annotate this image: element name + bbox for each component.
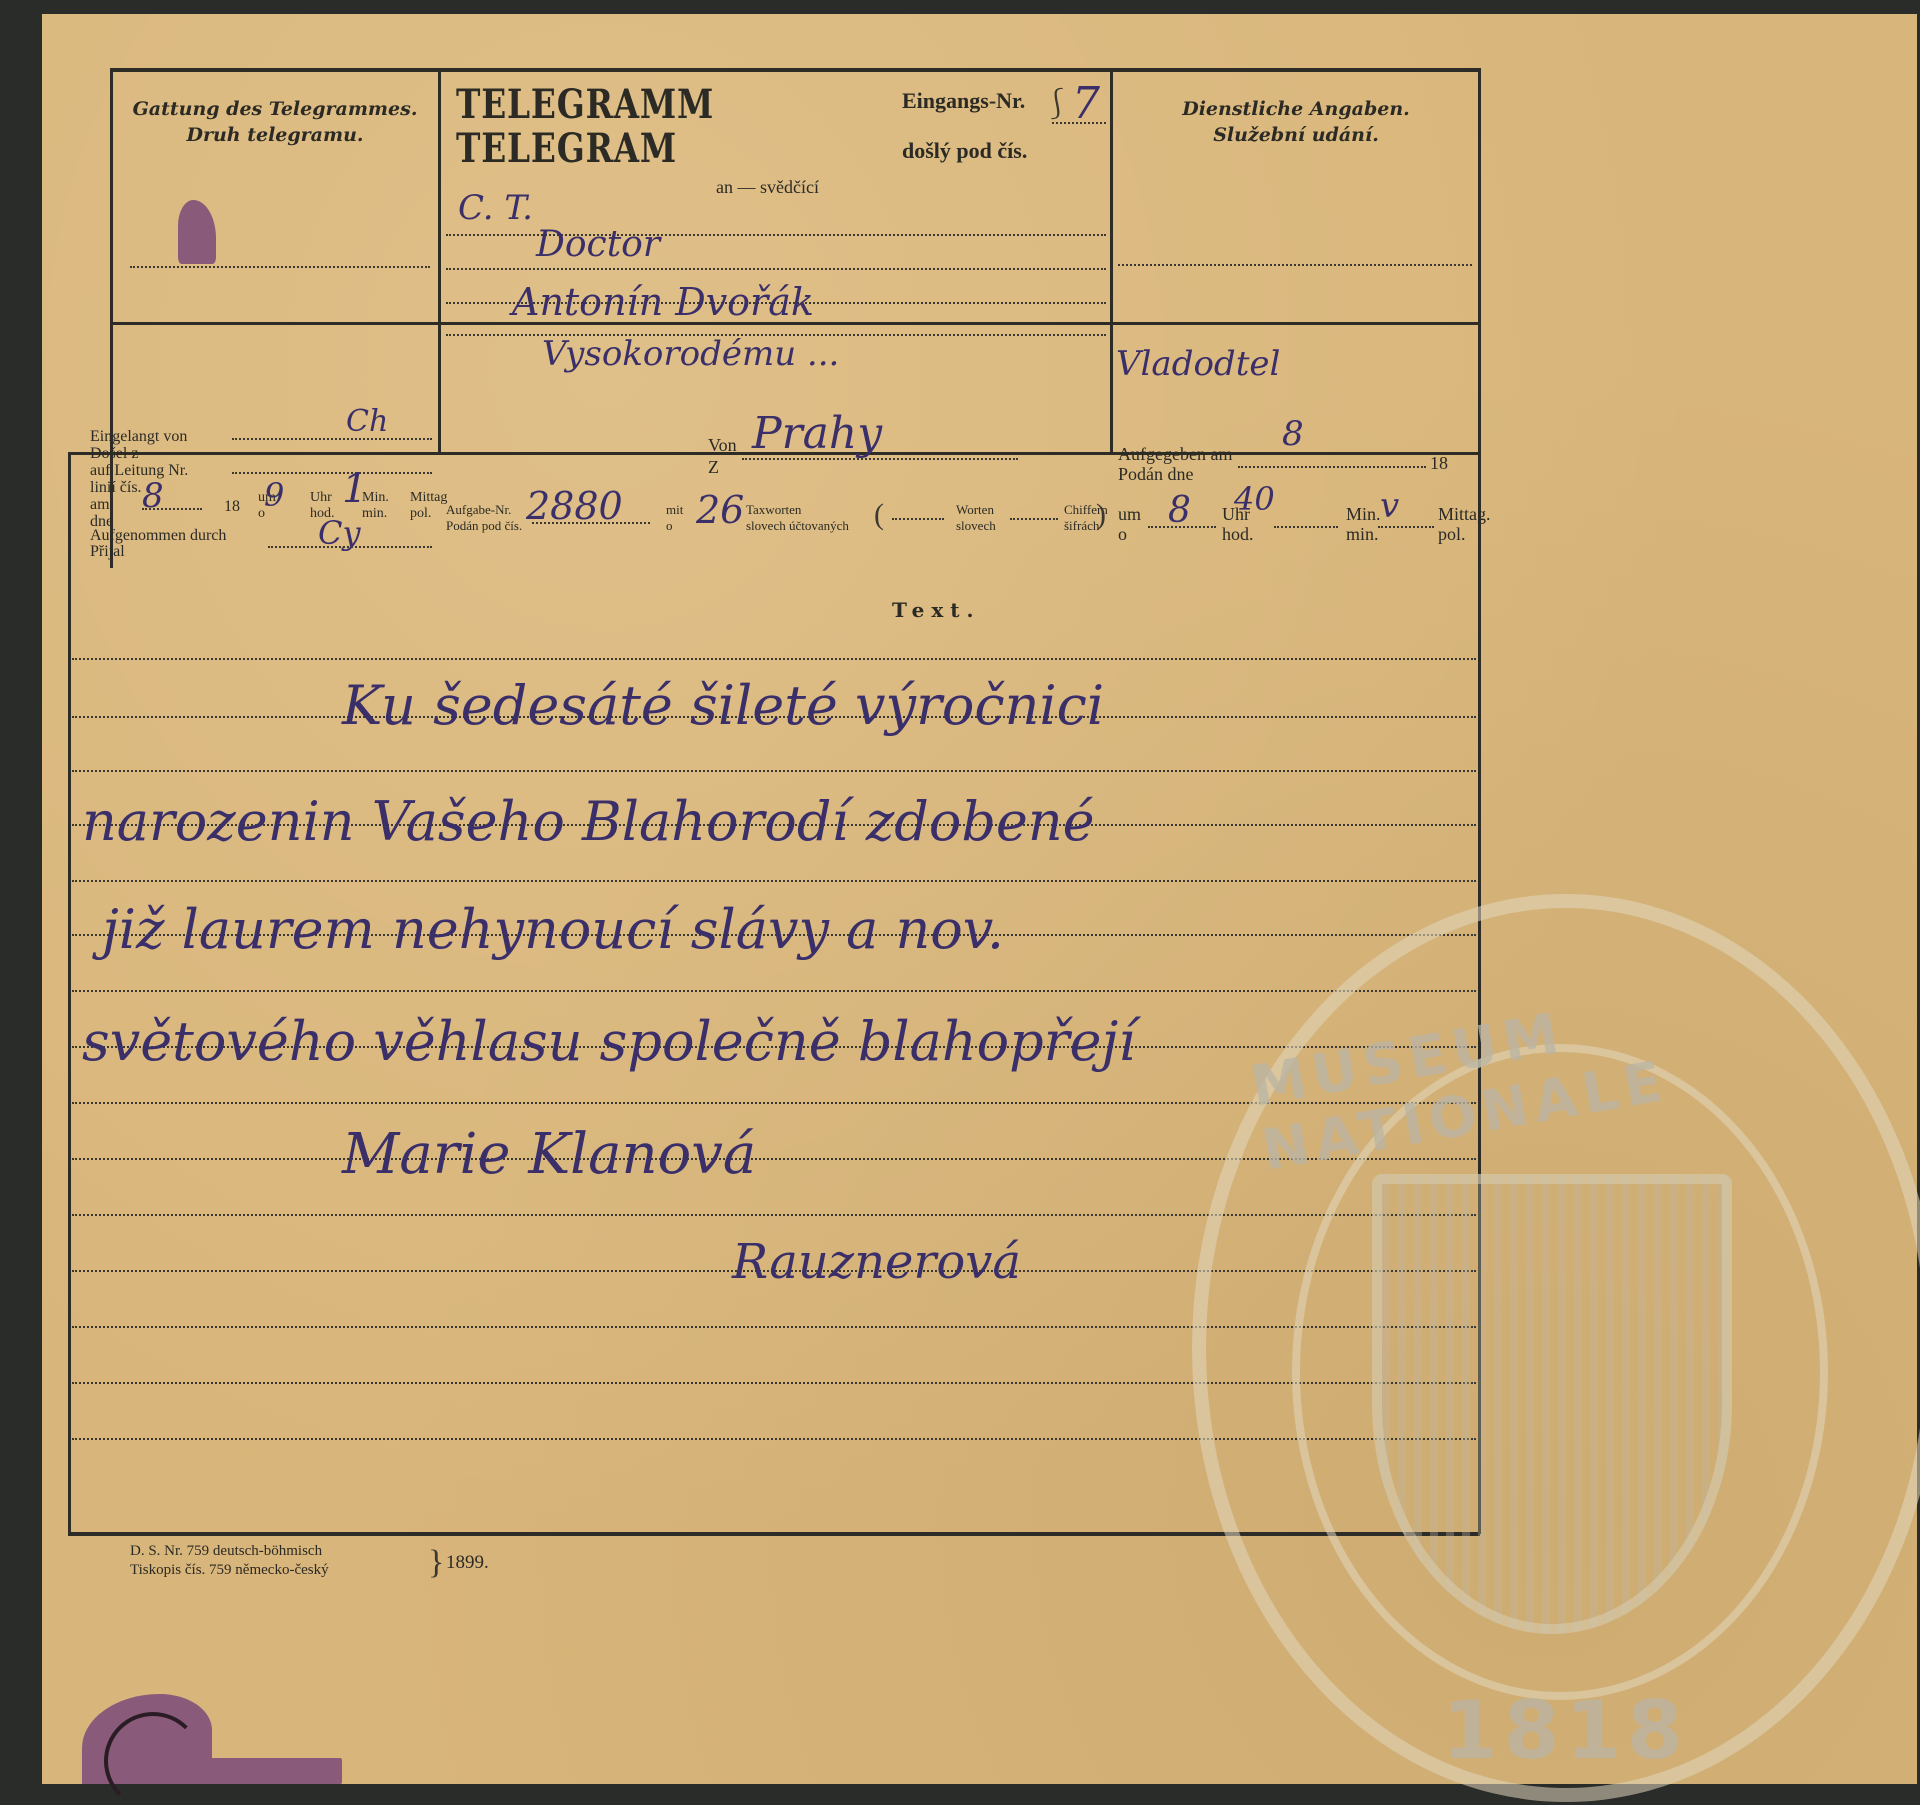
text-heading: Text. xyxy=(892,598,980,622)
message-line-3: již laurem nehynoucí slávy a nov. xyxy=(102,898,1004,961)
address-hand-3: Antonín Dvořák xyxy=(512,280,814,324)
submitted-date-field[interactable] xyxy=(1238,466,1426,468)
receipt-year-prefix: 18 xyxy=(224,498,240,516)
text-line-15[interactable] xyxy=(72,1438,1476,1440)
submitted-min-value: v xyxy=(1380,486,1399,526)
receipt-date-value: 8 xyxy=(142,476,164,516)
submitted-min-field-2[interactable] xyxy=(1378,526,1434,528)
message-line-4: světového věhlasu společně blahopřejí xyxy=(82,1010,1136,1073)
seal-outer-ring xyxy=(1192,894,1920,1802)
worten-field[interactable] xyxy=(892,518,944,520)
address-hand-1: C. T. xyxy=(458,188,533,228)
text-line-5[interactable] xyxy=(72,880,1476,882)
form-year: 1899. xyxy=(446,1554,489,1572)
taxworten-value: 26 xyxy=(696,488,744,532)
title-de: TELEGRAMM xyxy=(456,84,714,126)
seal-year: 1818 xyxy=(1442,1684,1689,1777)
text-line-14[interactable] xyxy=(72,1382,1476,1384)
worten-label: Worten slovech xyxy=(956,502,996,534)
type-title-de: Gattung des Telegrammes. xyxy=(112,96,438,123)
taxworten-paren-open: ( xyxy=(874,500,884,530)
frame-right xyxy=(1478,68,1481,1534)
service-title-cz: Služební udání. xyxy=(1114,122,1478,149)
taxworten-label: Taxworten slovech účtovaných xyxy=(746,502,849,534)
submitted-min-field-1[interactable] xyxy=(1274,526,1338,528)
frame-left-text xyxy=(68,454,71,1534)
receipt-min-value: 1 xyxy=(342,466,367,512)
eingangs-brace: ⎰ xyxy=(1042,90,1072,120)
aufgenommen-value: Cy xyxy=(318,514,361,552)
aufgegeben-label: Aufgegeben am Podán dne xyxy=(1118,444,1232,484)
text-line-7[interactable] xyxy=(72,990,1476,992)
text-line-3[interactable] xyxy=(72,770,1476,772)
aufgenommen-label: Aufgenommen durch Přijal xyxy=(90,528,226,560)
eingelangt-value: Ch xyxy=(346,404,388,439)
submitted-hour-extra: 40 xyxy=(1234,480,1275,518)
postage-stamp-strip xyxy=(202,1758,342,1784)
taxworten-paren-close: ) xyxy=(1096,500,1106,530)
submitted-year-prefix: 18 xyxy=(1430,454,1448,472)
submitted-date-value: 8 xyxy=(1282,414,1304,454)
submitted-hour-value: 8 xyxy=(1168,490,1191,531)
text-line-11[interactable] xyxy=(72,1214,1476,1216)
message-line-6: Rauznerová xyxy=(732,1234,1021,1290)
text-line-13[interactable] xyxy=(72,1326,1476,1328)
eingangs-label-de: Eingangs-Nr. xyxy=(902,88,1025,114)
address-hand-2: Doctor xyxy=(536,224,660,265)
frame-top xyxy=(110,68,1480,72)
telegram-paper: Gattung des Telegrammes. Druh telegramu.… xyxy=(42,14,1917,1784)
eingangs-label-cz: došlý pod čís. xyxy=(902,138,1027,164)
frame-bottom xyxy=(68,1532,1480,1536)
postage-stamp-fragment xyxy=(82,1694,212,1784)
stamp-ring xyxy=(104,1712,202,1805)
submitted-mittag-label: Mittag. pol. xyxy=(1438,504,1491,544)
seal-inner-ring xyxy=(1292,1044,1828,1700)
message-line-1: Ku šedesáté šileté výročnici xyxy=(342,674,1104,737)
text-line-9[interactable] xyxy=(72,1102,1476,1104)
eingelangt-label: Eingelangt von Došel z auf Leitung Nr. l… xyxy=(90,428,188,530)
message-line-5: Marie Klanová xyxy=(342,1122,756,1187)
form-number-brace: } xyxy=(428,1548,444,1578)
eingangs-value: 7 xyxy=(1072,78,1100,129)
aufgabe-value: 2880 xyxy=(526,484,623,528)
submitted-um-label: um o xyxy=(1118,504,1141,544)
title-cz: TELEGRAM xyxy=(456,128,677,170)
stamp-fragment-top xyxy=(178,200,216,264)
an-label: an — svědčící xyxy=(716,178,819,196)
museum-seal-watermark: MUSEUM NATIONALE 1818 xyxy=(1192,894,1920,1794)
receipt-mittag-label: Mittag pol. xyxy=(410,490,447,522)
chiffern-field[interactable] xyxy=(1010,518,1058,520)
service-field-line[interactable] xyxy=(1118,264,1472,266)
message-line-2: narozenin Vašeho Blahorodí zdobené xyxy=(82,790,1095,853)
seal-shield xyxy=(1372,1174,1732,1634)
frame-divider-1 xyxy=(438,68,441,454)
type-field-line[interactable] xyxy=(130,266,430,268)
seal-text-top: MUSEUM NATIONALE xyxy=(1246,934,1920,1184)
von-label: Von Z xyxy=(708,434,737,478)
frame-divider-2 xyxy=(1110,68,1113,454)
text-line-10[interactable] xyxy=(72,1158,1476,1160)
aufgabe-label: Aufgabe-Nr. Podán pod čís. xyxy=(446,502,522,534)
form-number: D. S. Nr. 759 deutsch-böhmisch Tiskopis … xyxy=(130,1542,329,1580)
eingelangt-field[interactable] xyxy=(232,438,432,440)
address-hand-4: Vysokorodému ... xyxy=(542,334,839,374)
von-value: Prahy xyxy=(752,408,882,459)
mit-label: mit o xyxy=(666,502,683,534)
receipt-hour-value: 9 xyxy=(264,476,284,514)
submitted-min-label: Min. min. xyxy=(1346,504,1381,544)
address-line-2[interactable] xyxy=(446,268,1106,270)
leitung-field[interactable] xyxy=(232,472,432,474)
type-title-cz: Druh telegramu. xyxy=(112,122,438,149)
address-hand-5: Vladodtel xyxy=(1116,344,1280,384)
text-line-1[interactable] xyxy=(72,658,1476,660)
service-title-de: Dienstliche Angaben. xyxy=(1114,96,1478,123)
